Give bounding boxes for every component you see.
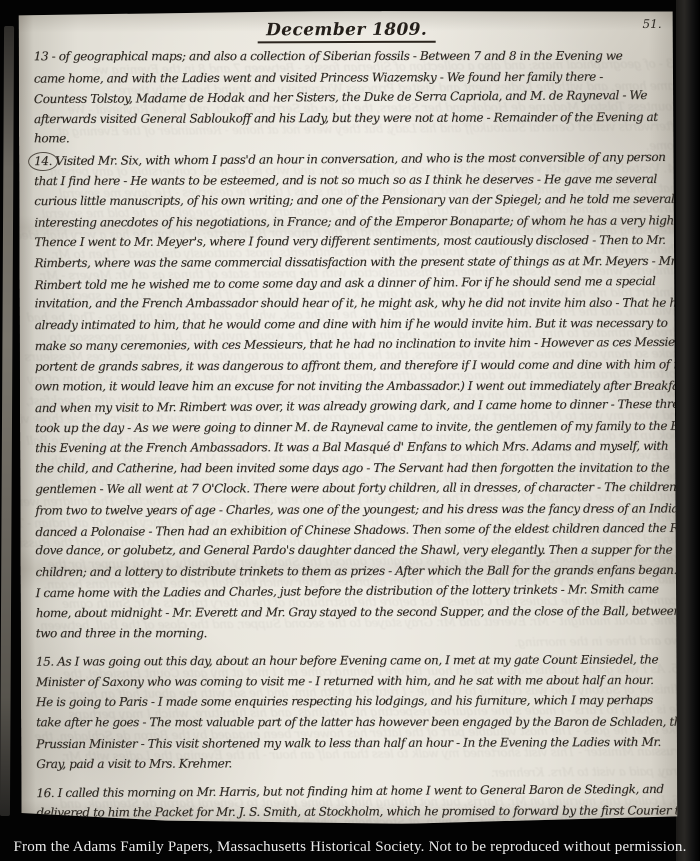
manuscript-line: 16. I called this morning on Mr. Harris,… <box>36 779 669 804</box>
manuscript-line: this Evening at the French Ambassadors. … <box>35 436 668 459</box>
manuscript-line: interesting anecdotes of his negotiation… <box>34 210 667 233</box>
diary-text-block: 13 - of geographical maps; and also a co… <box>19 42 678 823</box>
manuscript-page: 51. December 1809. 13 - of geographical … <box>19 10 678 825</box>
manuscript-line: danced a Polonaise - Then had an exhibit… <box>35 518 668 543</box>
manuscript-line: dove dance, or golubetz, and General Par… <box>35 540 668 561</box>
manuscript-line: delivered to him the Packet for Mr. J. S… <box>36 801 669 823</box>
heading-row: December 1809. <box>19 19 675 44</box>
manuscript-line: two and three in the morning. <box>36 622 669 643</box>
manuscript-line: the child, and Catherine, had been invit… <box>35 458 668 479</box>
manuscript-line: Minister of Saxony who was coming to vis… <box>36 670 669 693</box>
manuscript-line: afterwards visited General Sabloukoff an… <box>34 107 667 130</box>
manuscript-line: invitation, and the French Ambassador sh… <box>35 293 668 314</box>
manuscript-line: gentlemen - We all went at 7 O'Clock. Th… <box>35 477 668 500</box>
manuscript-line: took up the day - As we were going to di… <box>35 416 668 439</box>
manuscript-line: 13 - of geographical maps; and also a co… <box>34 46 667 67</box>
manuscript-line: own motion, it would leave him an excuse… <box>35 375 668 396</box>
book-right-edge-shadow <box>676 0 700 861</box>
manuscript-line: portent de grands sabres, it was dangero… <box>35 354 668 377</box>
manuscript-line: take after he goes - The most valuable p… <box>36 712 669 733</box>
manuscript-line: curious little manuscripts, of his own w… <box>34 189 667 212</box>
manuscript-line: 15. As I was going out this day, about a… <box>36 650 669 673</box>
manuscript-line: He is going to Paris - I made some enqui… <box>36 690 669 713</box>
manuscript-line: Rimberts, where was the same commercial … <box>34 251 667 274</box>
manuscript-line: Prussian Minister - This visit shortened… <box>36 731 669 754</box>
date-heading: December 1809. <box>258 20 435 44</box>
manuscript-line: Rimbert told me he wished me to come som… <box>34 270 667 295</box>
manuscript-line: home. <box>34 128 667 149</box>
manuscript-line: make so many ceremonies, with ces Messie… <box>35 332 668 357</box>
manuscript-line: home, about midnight - Mr. Everett and M… <box>36 601 669 624</box>
scanned-manuscript-screenshot: 51. December 1809. 13 - of geographical … <box>0 0 700 861</box>
manuscript-line: Thence I went to Mr. Meyer's, where I fo… <box>34 230 667 253</box>
manuscript-line: that I find here - He wants to be esteem… <box>34 168 667 191</box>
manuscript-line: Gray, paid a visit to Mrs. Krehmer. <box>36 752 669 775</box>
adjacent-page-edge <box>0 26 14 816</box>
archive-caption: From the Adams Family Papers, Massachuse… <box>0 839 700 856</box>
